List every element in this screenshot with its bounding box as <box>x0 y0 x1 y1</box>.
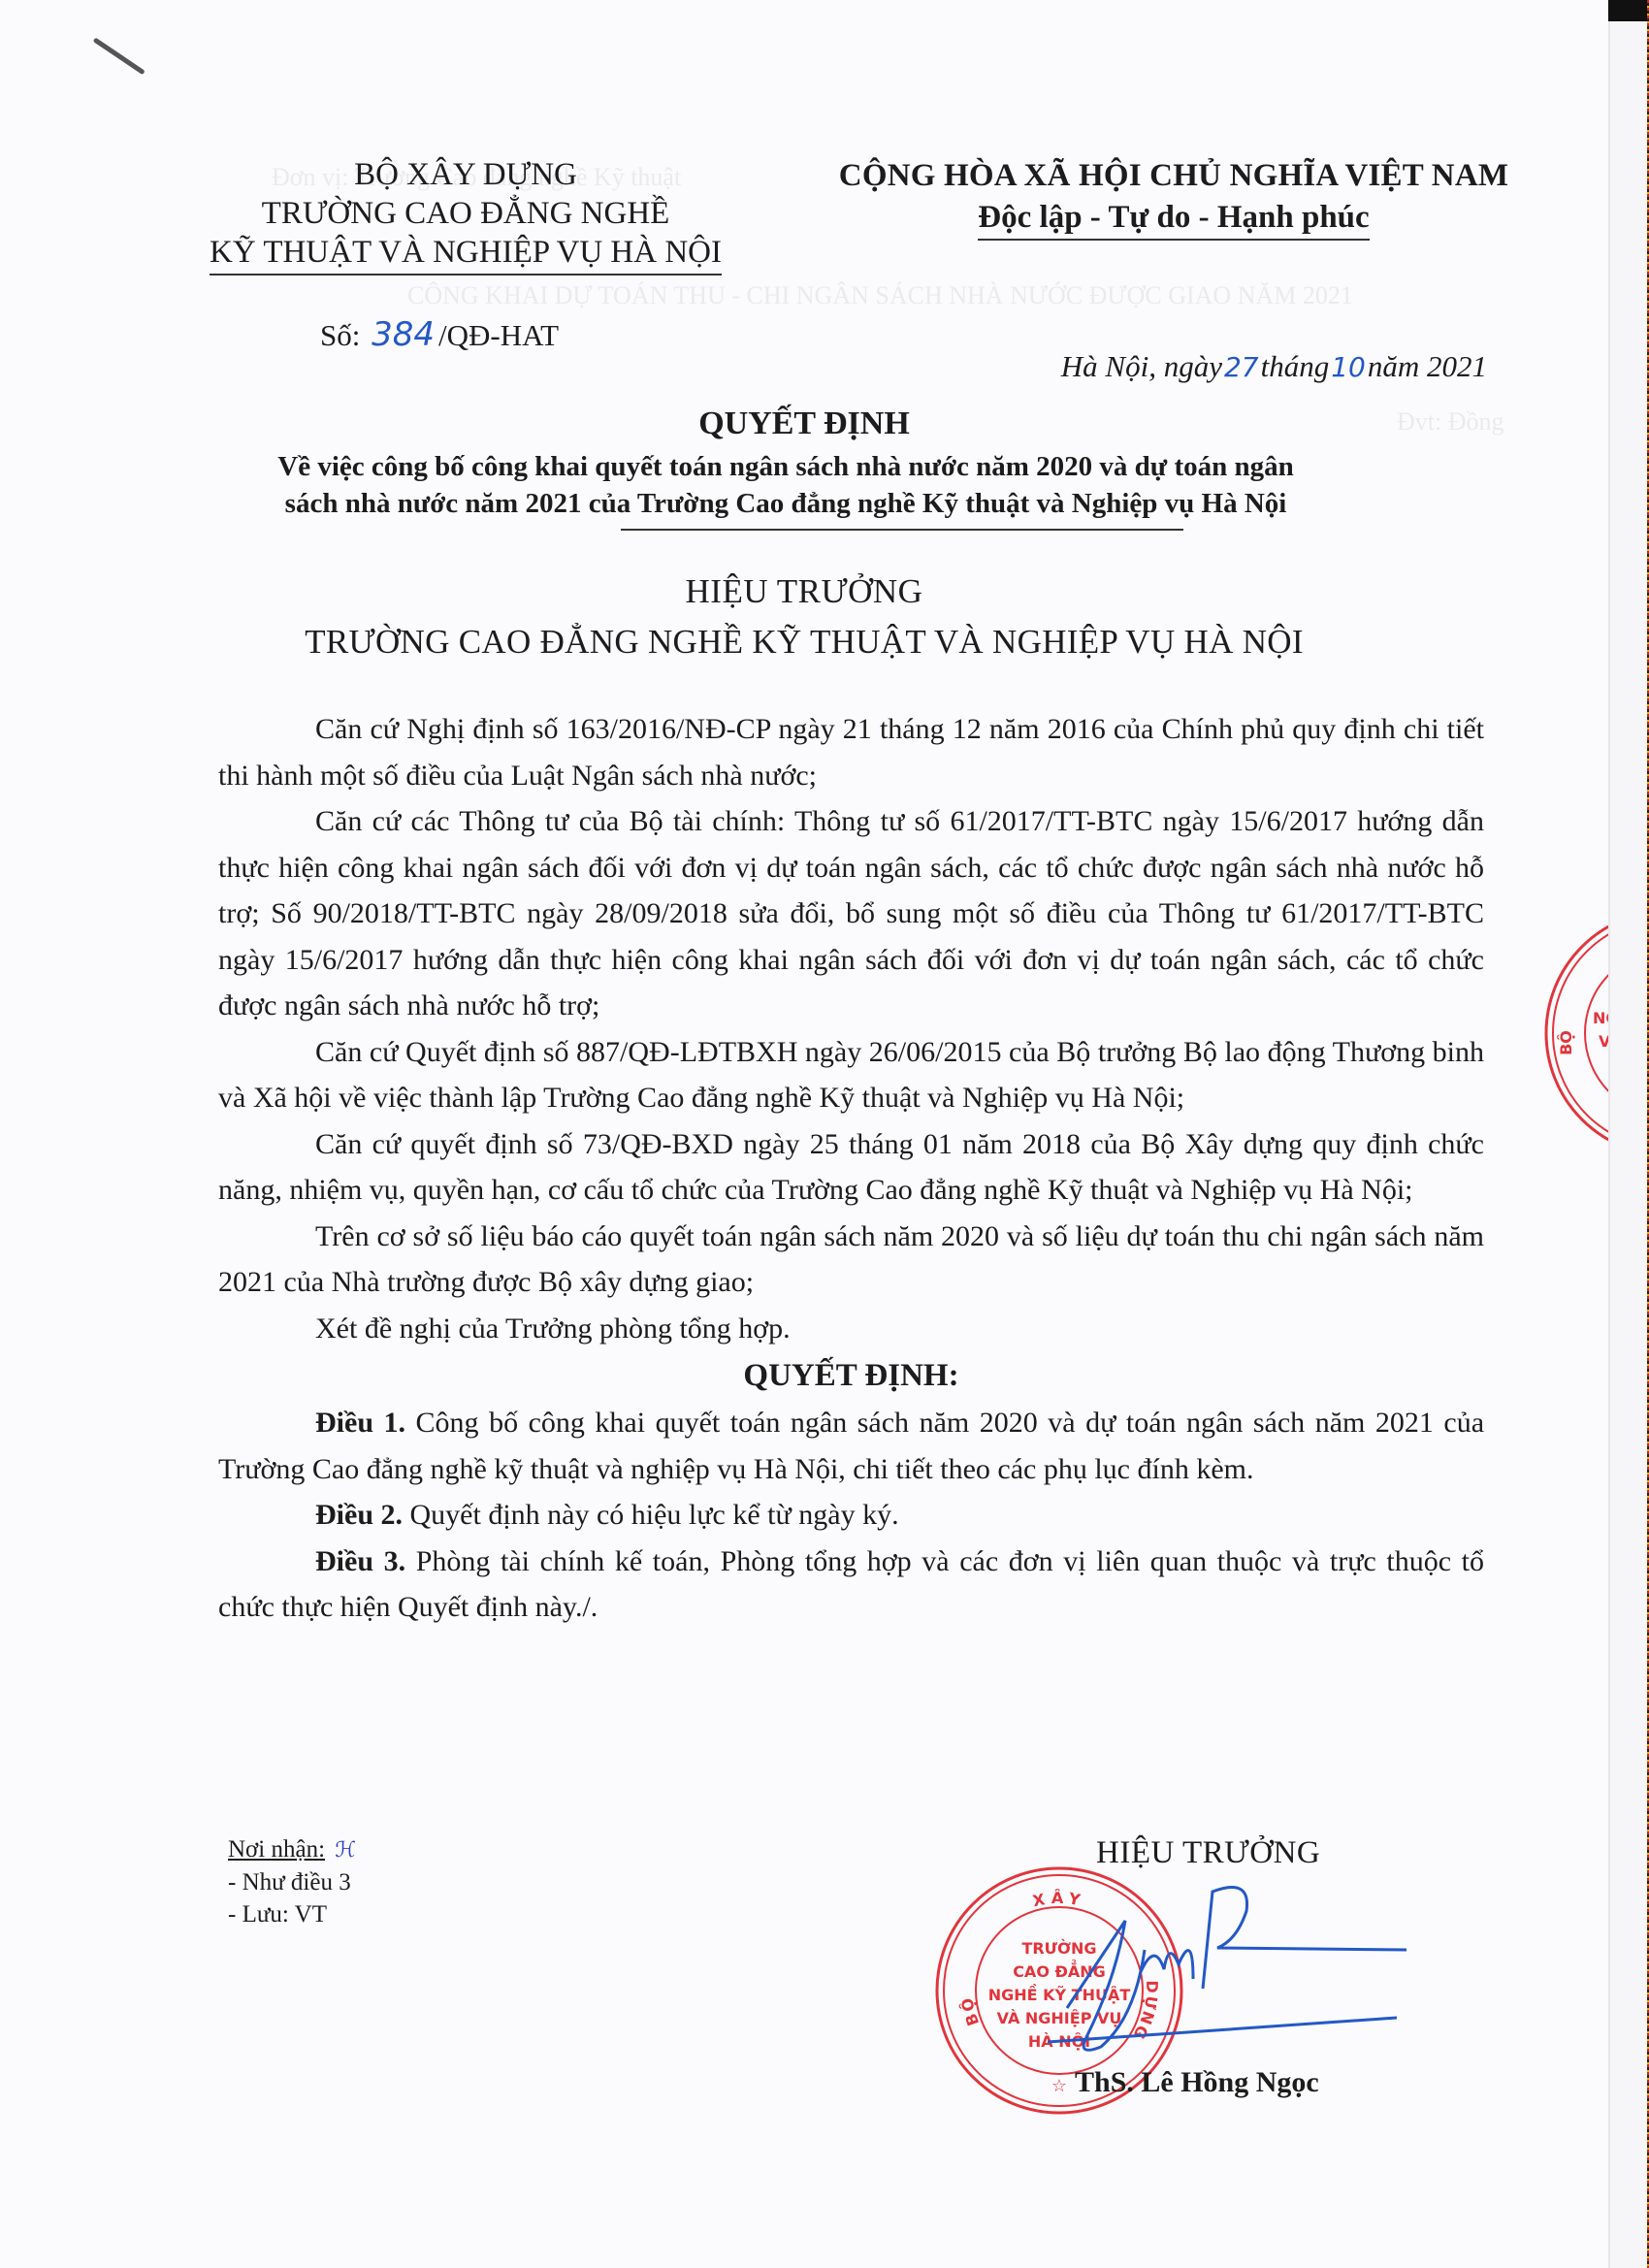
partial-seal-icon: BỘ NC V <box>1533 907 1608 1159</box>
document-page: Đơn vị: Trường Cao đẳng nghề Kỹ thuật CÔ… <box>0 0 1608 2268</box>
article-3-text: Phòng tài chính kế toán, Phòng tổng hợp … <box>218 1545 1484 1624</box>
article-1-label: Điều 1. <box>315 1407 405 1439</box>
article-1: Điều 1. Công bố công khai quyết toán ngâ… <box>218 1400 1484 1492</box>
staple-mark <box>93 37 145 75</box>
article-3: Điều 3. Phòng tài chính kế toán, Phòng t… <box>218 1539 1484 1631</box>
preamble-6: Xét đề nghị của Trưởng phòng tổng hợp. <box>218 1306 1484 1352</box>
document-subject: Về việc công bố công khai quyết toán ngâ… <box>252 448 1319 522</box>
preamble-3: Căn cứ Quyết định số 887/QĐ-LĐTBXH ngày … <box>218 1029 1484 1121</box>
svg-text:☆: ☆ <box>1051 2076 1067 2096</box>
document-number: Số: 384/QĐ-HAT <box>320 315 559 354</box>
stamp-left-text: BỘ <box>956 1994 983 2027</box>
recipients-block: Nơi nhận: ℋ - Như điều 3 - Lưu: VT <box>228 1833 356 1930</box>
article-2: Điều 2. Quyết định này có hiệu lực kể từ… <box>218 1492 1484 1539</box>
article-3-label: Điều 3. <box>315 1545 405 1577</box>
place-date: Hà Nội, ngày27tháng10năm 2021 <box>1061 349 1487 384</box>
article-2-text: Quyết định này có hiệu lực kể từ ngày ký… <box>403 1499 899 1531</box>
year-label: năm 2021 <box>1368 349 1487 383</box>
subject-line-2: sách nhà nước năm 2021 của Trường Cao đẳ… <box>252 485 1319 522</box>
preamble-1: Căn cứ Nghị định số 163/2016/NĐ-CP ngày … <box>218 706 1484 798</box>
title-divider <box>621 529 1183 531</box>
svg-text:V: V <box>1599 1032 1608 1051</box>
handwritten-initials: ℋ <box>335 1838 356 1863</box>
docno-suffix: /QĐ-HAT <box>438 318 559 352</box>
authority-role: HIỆU TRƯỞNG <box>0 572 1608 611</box>
recipients-heading: Nơi nhận: <box>228 1833 325 1865</box>
svg-text:BỘ: BỘ <box>956 1994 983 2027</box>
docno-prefix: Số: <box>320 318 360 352</box>
recipient-item: - Như điều 3 <box>228 1866 356 1898</box>
subject-line-1: Về việc công bố công khai quyết toán ngâ… <box>252 448 1319 485</box>
preamble-5: Trên cơ sở số liệu báo cáo quyết toán ng… <box>218 1214 1484 1306</box>
handwritten-month: 10 <box>1331 351 1366 383</box>
article-1-text: Công bố công khai quyết toán ngân sách n… <box>218 1407 1484 1485</box>
article-2-label: Điều 2. <box>315 1499 403 1531</box>
country-name: CỘNG HÒA XÃ HỘI CHỦ NGHĨA VIỆT NAM <box>805 155 1542 196</box>
issuing-agency: BỘ XÂY DỰNG TRƯỜNG CAO ĐẲNG NGHỀ KỸ THUẬ… <box>155 155 776 275</box>
svg-text:NC: NC <box>1593 1009 1608 1027</box>
decision-heading: QUYẾT ĐỊNH: <box>218 1351 1484 1400</box>
svg-text:BỘ: BỘ <box>1556 1030 1575 1055</box>
docno-handwritten: 384 <box>372 315 435 354</box>
school-name-line2: KỸ THUẬT VÀ NGHIỆP VỤ HÀ NỘI <box>210 233 722 275</box>
school-name-line1: TRƯỜNG CAO ĐẲNG NGHỀ <box>155 194 776 233</box>
document-type: QUYẾT ĐỊNH <box>0 405 1608 442</box>
preamble-4: Căn cứ quyết định số 73/QĐ-BXD ngày 25 t… <box>218 1121 1484 1214</box>
signer-name: ThS. Lê Hồng Ngọc <box>1075 2066 1319 2099</box>
ministry-name: BỘ XÂY DỰNG <box>155 155 776 194</box>
document-body: Căn cứ Nghị định số 163/2016/NĐ-CP ngày … <box>218 706 1484 1631</box>
recipient-item: - Lưu: VT <box>228 1898 356 1930</box>
handwritten-signature-icon <box>1048 1872 1416 2066</box>
adjacent-page-edge <box>1608 21 1649 2268</box>
place-prefix: Hà Nội, ngày <box>1061 349 1222 383</box>
preamble-2: Căn cứ các Thông tư của Bộ tài chính: Th… <box>218 798 1484 1029</box>
authority-org: TRƯỜNG CAO ĐẲNG NGHỀ KỸ THUẬT VÀ NGHIỆP … <box>0 623 1608 662</box>
handwritten-day: 27 <box>1224 351 1259 383</box>
scan-edge <box>1608 0 1649 21</box>
month-label: tháng <box>1261 349 1330 383</box>
national-header: CỘNG HÒA XÃ HỘI CHỦ NGHĨA VIỆT NAM Độc l… <box>805 155 1542 241</box>
national-motto: Độc lập - Tự do - Hạnh phúc <box>978 196 1369 241</box>
bleed-through-text: CÔNG KHAI DỰ TOÁN THU - CHI NGÂN SÁCH NH… <box>407 281 1353 310</box>
